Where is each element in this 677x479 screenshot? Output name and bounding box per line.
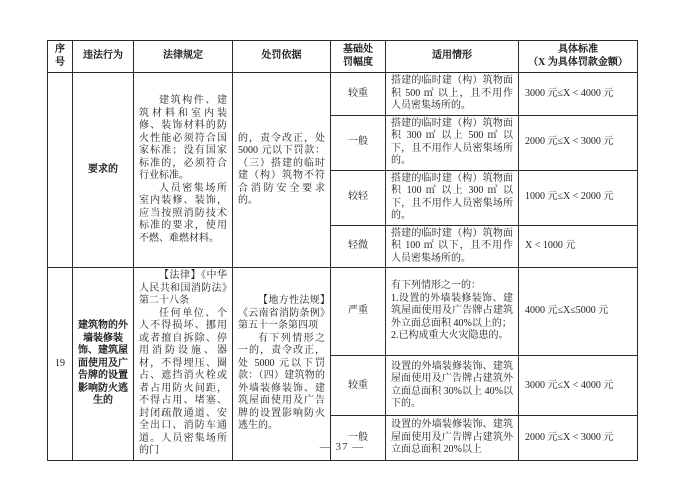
situation-cell: 搭建的临时建（构）筑物面积 300 ㎡ 以上 500 ㎡ 以下，且不用作人员密集… [386, 115, 519, 170]
law-paragraph: 任何单位、个人不得损坏、挪用或者擅自拆除、停用消防设施、器材，不得埋压、圈占、遮… [139, 308, 227, 458]
document-page: 序 号 违法行为 法律规定 处罚依据 基础处 罚幅度 适用情形 具体标准 （X … [0, 0, 677, 479]
situation-cell: 搭建的临时建（构）筑物面积 100 ㎡ 以上 300 ㎡ 以下，且不用作人员密集… [386, 170, 519, 225]
basis-paragraph: 【地方性法规】《云南省消防条例》第五十一条第四项 [238, 295, 325, 333]
situation-cell: 有下列情形之一的： 1.设置的外墙装修装饰、建筑屋面使用及广告牌占建筑外立面总面… [386, 268, 519, 356]
header-level: 基础处 罚幅度 [331, 41, 386, 73]
severity-cell: 较重 [331, 356, 386, 416]
severity-cell: 严重 [331, 268, 386, 356]
basis-cell: 的，责令改正，处 5000 元以下罚款：（三）搭建的临时建（构）筑物不符合消防安… [233, 73, 331, 268]
basis-paragraph: 有下列情形之一的，责令改正，处 5000 元以下罚款：（四）建筑物的外墙装修装饰… [238, 333, 325, 433]
severity-cell: 较轻 [331, 170, 386, 225]
standard-cell: 2000 元≤X < 3000 元 [519, 416, 638, 460]
standard-cell: X < 1000 元 [519, 225, 638, 268]
page-number: — 37 — [47, 441, 637, 453]
header-situation: 适用情形 [386, 41, 519, 73]
standard-cell: 3000 元≤X < 4000 元 [519, 356, 638, 416]
violation-cell: 要求的 [73, 73, 134, 268]
law-paragraph: 人员密集场所室内装修、装饰，应当按照消防技术标准的要求，使用不燃、难燃材料。 [139, 183, 227, 246]
situation-cell: 搭建的临时建（构）筑物面积 100 ㎡ 以下，且不用作人员密集场所的。 [386, 225, 519, 268]
law-paragraph: 【法律】《中华人民共和国消防法》第二十八条 [139, 270, 227, 308]
situation-cell: 设置的外墙装修装饰、建筑屋面使用及广告牌占建筑外立面总面积 30%以上 40%以… [386, 356, 519, 416]
law-cell: 建筑构件、建筑材料和室内装修、装饰材料的防火性能必须符合国家标准；没有国家标准的… [134, 73, 233, 268]
situation-cell: 搭建的临时建（构）筑物面积 500 ㎡ 以上，且不用作人员密集场所的。 [386, 73, 519, 116]
law-paragraph: 建筑构件、建筑材料和室内装修、装饰材料的防火性能必须符合国家标准；没有国家标准的… [139, 95, 227, 183]
basis-paragraph: 的，责令改正，处 5000 元以下罚款：（三）搭建的临时建（构）筑物不符合消防安… [238, 133, 325, 208]
header-law: 法律规定 [134, 41, 233, 73]
serial-cell [48, 73, 73, 268]
severity-cell: 一般 [331, 115, 386, 170]
violation-cell: 建筑物的外墙装修装饰、建筑屋面使用及广告牌的设置影响防火逃生的 [73, 268, 134, 461]
header-standard: 具体标准 （X 为具体罚款金额） [519, 41, 638, 73]
standard-cell: 1000 元≤X < 2000 元 [519, 170, 638, 225]
basis-cell: 【地方性法规】《云南省消防条例》第五十一条第四项 有下列情形之一的，责令改正，处… [233, 268, 331, 461]
severity-cell: 轻微 [331, 225, 386, 268]
law-cell: 【法律】《中华人民共和国消防法》第二十八条 任何单位、个人不得损坏、挪用或者擅自… [134, 268, 233, 461]
severity-cell: 一般 [331, 416, 386, 460]
header-violation: 违法行为 [73, 41, 134, 73]
table-row: 19 建筑物的外墙装修装饰、建筑屋面使用及广告牌的设置影响防火逃生的 【法律】《… [48, 268, 638, 356]
header-basis: 处罚依据 [233, 41, 331, 73]
penalty-standards-table: 序 号 违法行为 法律规定 处罚依据 基础处 罚幅度 适用情形 具体标准 （X … [47, 40, 638, 461]
standard-cell: 3000 元≤X < 4000 元 [519, 73, 638, 116]
severity-cell: 较重 [331, 73, 386, 116]
standard-cell: 4000 元≤X≤5000 元 [519, 268, 638, 356]
table-row: 要求的 建筑构件、建筑材料和室内装修、装饰材料的防火性能必须符合国家标准；没有国… [48, 73, 638, 116]
situation-cell: 设置的外墙装修装饰、建筑屋面使用及广告牌占建筑外立面总面积 20%以上 [386, 416, 519, 460]
serial-cell: 19 [48, 268, 73, 461]
table-header-row: 序 号 违法行为 法律规定 处罚依据 基础处 罚幅度 适用情形 具体标准 （X … [48, 41, 638, 73]
standard-cell: 2000 元≤X < 3000 元 [519, 115, 638, 170]
header-serial: 序 号 [48, 41, 73, 73]
